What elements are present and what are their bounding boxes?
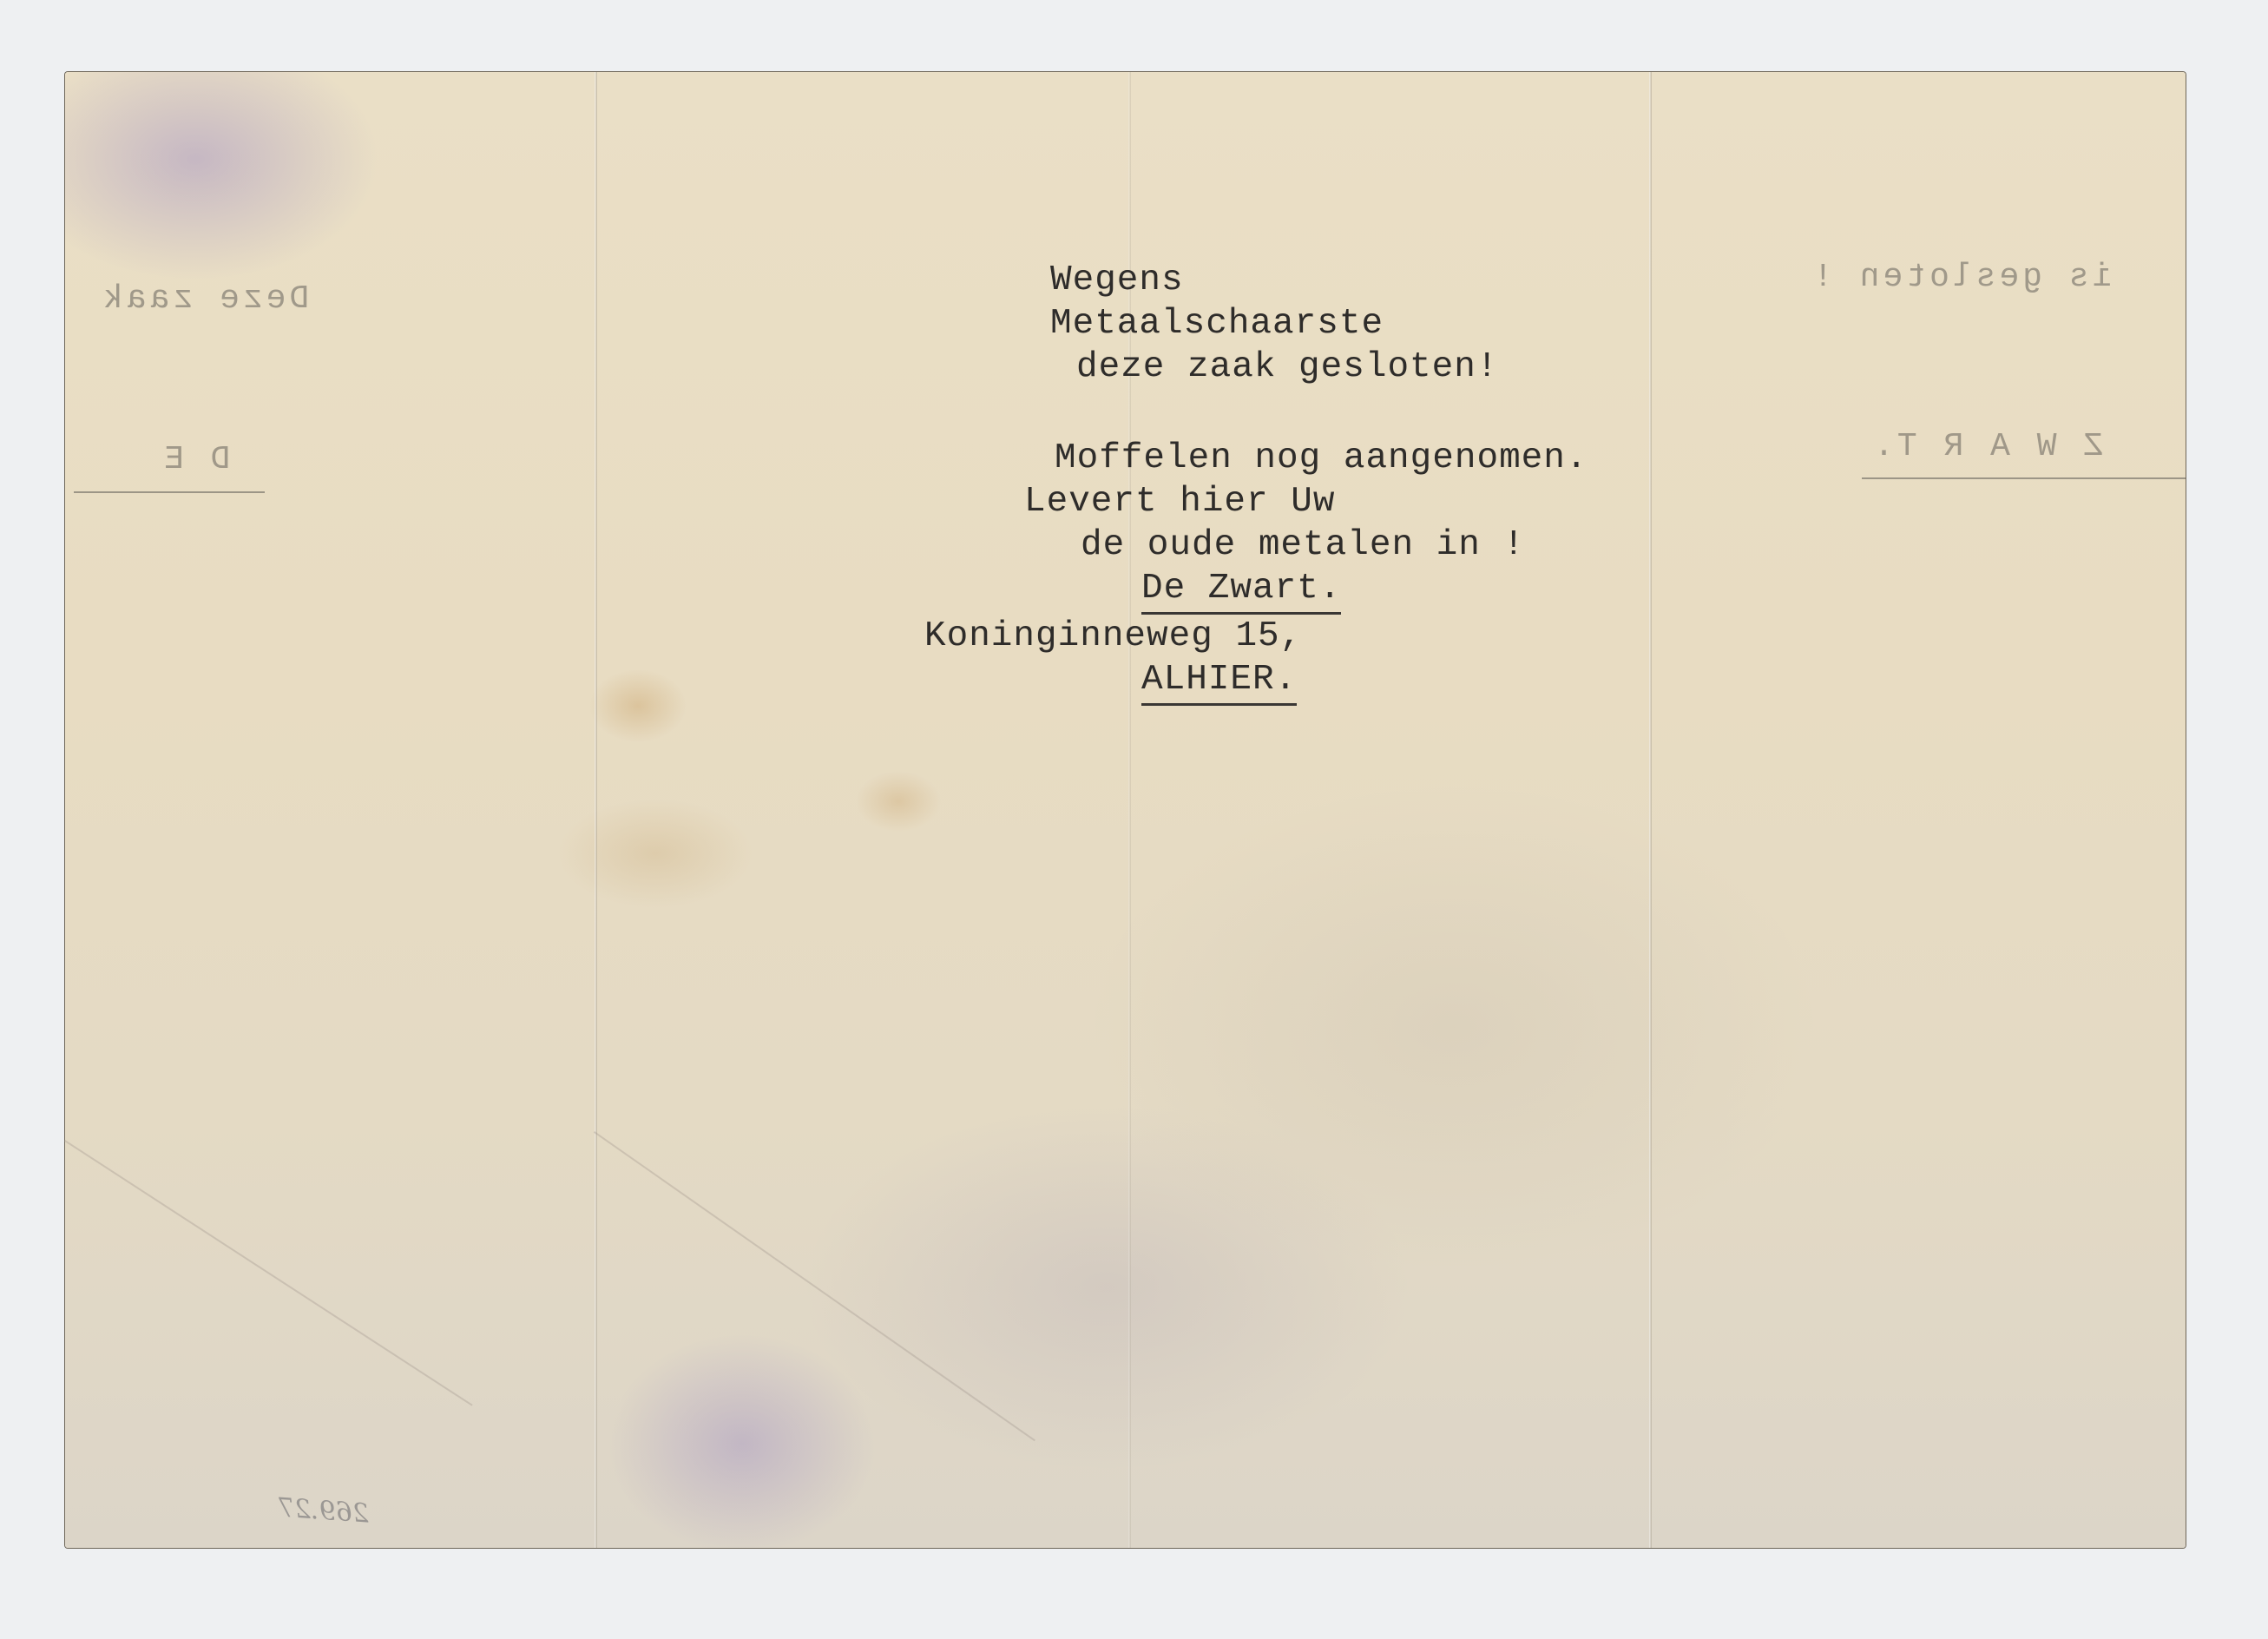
show-through-left-top: Deze zaak bbox=[100, 280, 309, 318]
show-through-underline-left bbox=[74, 491, 265, 493]
show-through-right-top: is gesloten ! bbox=[1810, 259, 2112, 296]
text-line-oude-metalen: de oude metalen in ! bbox=[1081, 523, 1525, 567]
text-line-moffelen: Moffelen nog aangenomen. bbox=[1055, 437, 1588, 480]
show-through-left-bottom: D E bbox=[161, 441, 230, 478]
show-through-underline-right bbox=[1862, 477, 2186, 479]
text-line-zaak-gesloten: deze zaak gesloten! bbox=[1076, 346, 1498, 389]
text-line-alhier: ALHIER. bbox=[1141, 658, 1297, 706]
text-line-levert: Levert hier Uw bbox=[1024, 480, 1335, 523]
crease-diagonal bbox=[64, 1140, 473, 1406]
fold-line-right bbox=[1649, 72, 1652, 1548]
text-line-metaalschaarste: Metaalschaarste bbox=[1050, 302, 1384, 346]
crease-diagonal bbox=[594, 1131, 1035, 1441]
text-line-address: Koninginneweg 15, bbox=[924, 615, 1302, 658]
show-through-right-bottom: Z W A R T. bbox=[1870, 428, 2103, 465]
fold-line-left bbox=[595, 72, 597, 1548]
text-line-wegens: Wegens bbox=[1050, 259, 1184, 302]
pencil-catalog-number: 269.27 bbox=[277, 1492, 370, 1529]
paper-sheet: Deze zaak D E is gesloten ! Z W A R T. W… bbox=[65, 72, 2186, 1548]
text-line-de-zwart: De Zwart. bbox=[1141, 567, 1341, 615]
